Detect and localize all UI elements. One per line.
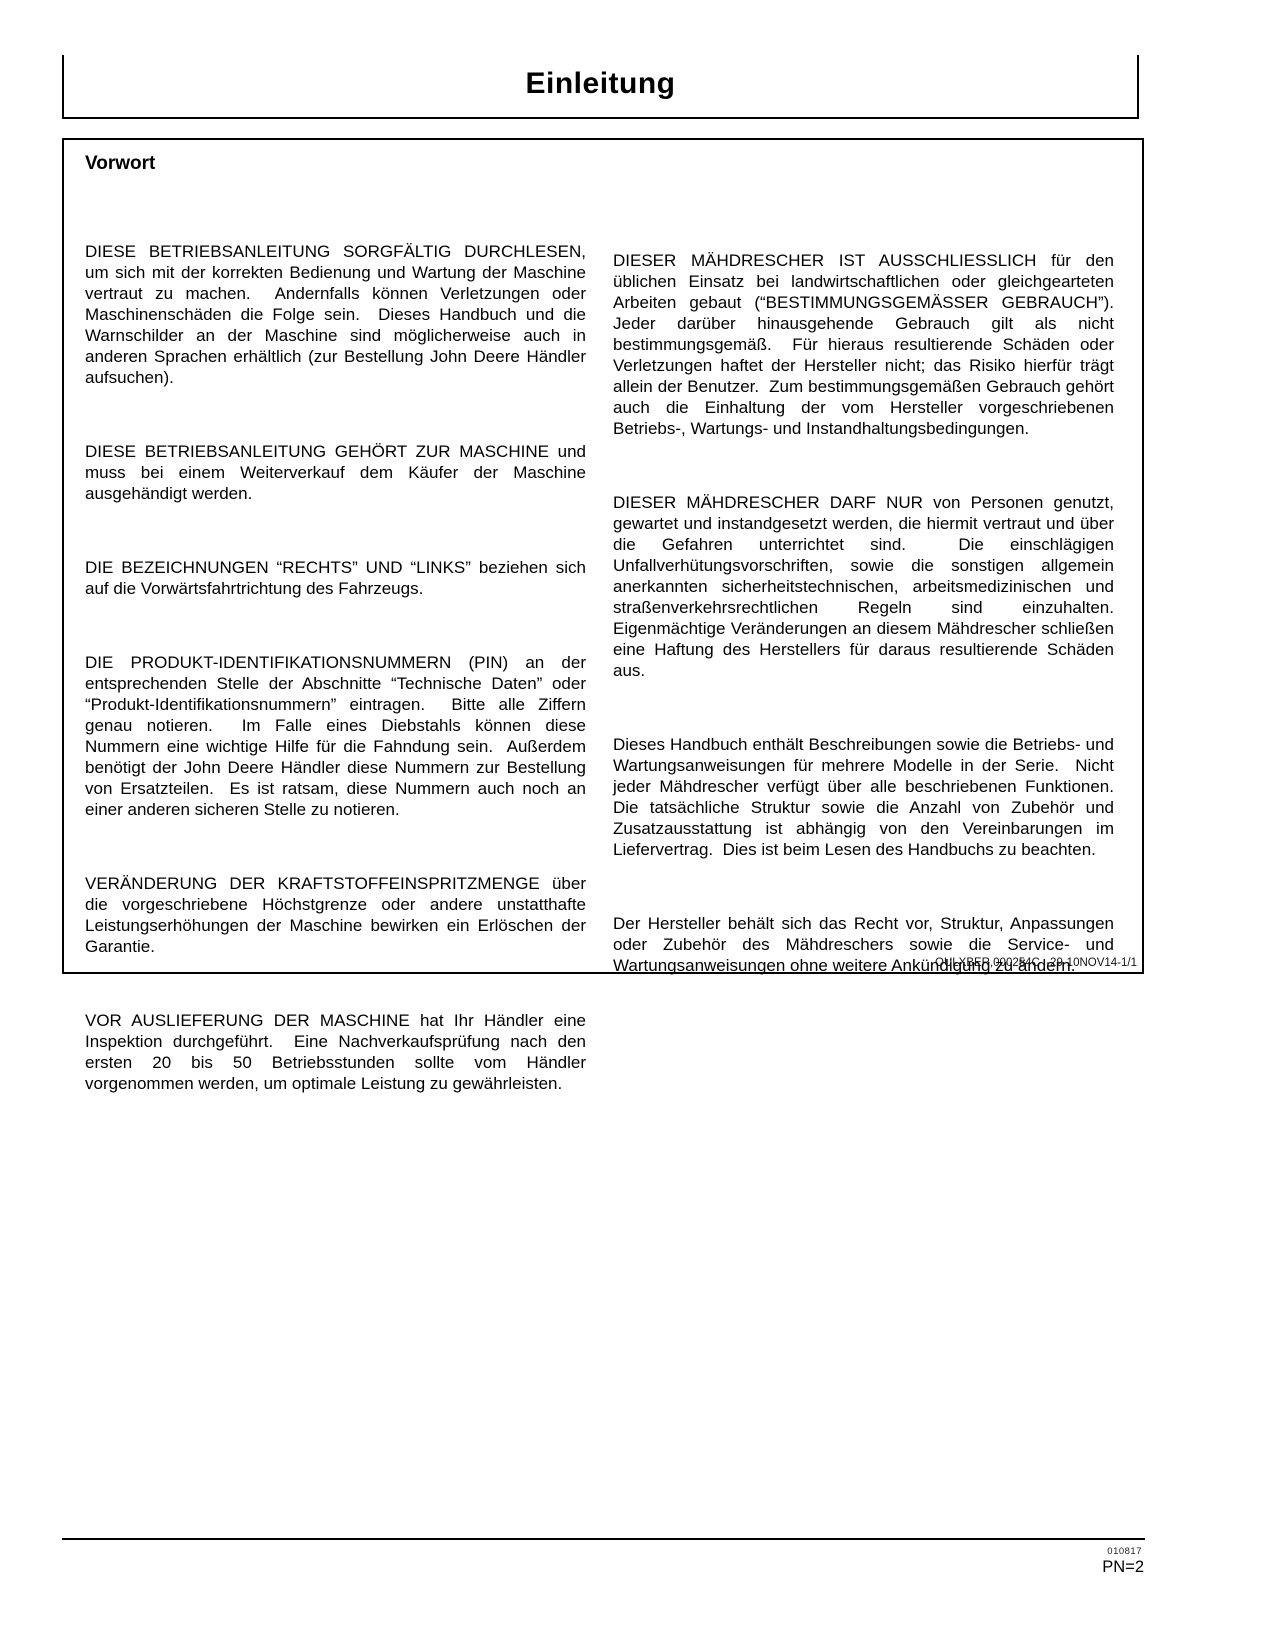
- footer-rule: [62, 1538, 1145, 1540]
- revision-code: OULXBER,000254C -29-10NOV14-1/1: [935, 957, 1137, 969]
- paragraph: DIESE BETRIEBSANLEITUNG GEHÖRT ZUR MASCH…: [85, 441, 586, 504]
- paragraph: DIE BEZEICHNUNGEN “RECHTS” UND “LINKS” b…: [85, 557, 586, 599]
- print-code: 010817: [1107, 1546, 1142, 1557]
- two-column-text: DIESE BETRIEBSANLEITUNG SORGFÄLTIG DURCH…: [85, 199, 1121, 1147]
- paragraph: DIE PRODUKT-IDENTIFIKATIONSNUMMERN (PIN)…: [85, 652, 586, 820]
- right-column: DIESER MÄHDRESCHER IST AUSSCHLIESSLICH f…: [613, 199, 1114, 1029]
- paragraph: VOR AUSLIEFERUNG DER MASCHINE hat Ihr Hä…: [85, 1010, 586, 1094]
- paragraph: DIESER MÄHDRESCHER DARF NUR von Personen…: [613, 492, 1114, 681]
- vorwort-heading: Vorwort: [85, 153, 1121, 175]
- left-column: DIESE BETRIEBSANLEITUNG SORGFÄLTIG DURCH…: [85, 199, 586, 1147]
- paragraph: Dieses Handbuch enthält Beschreibungen s…: [613, 734, 1114, 860]
- manual-page: Einleitung Vorwort DIESE BETRIEBSANLEITU…: [0, 0, 1275, 1650]
- paragraph: DIESE BETRIEBSANLEITUNG SORGFÄLTIG DURCH…: [85, 241, 586, 388]
- vorwort-section: Vorwort DIESE BETRIEBSANLEITUNG SORGFÄLT…: [62, 138, 1144, 974]
- page-number: PN=2: [1102, 1558, 1144, 1577]
- page-title: Einleitung: [64, 55, 1137, 113]
- paragraph: DIESER MÄHDRESCHER IST AUSSCHLIESSLICH f…: [613, 250, 1114, 439]
- page-header: Einleitung: [62, 55, 1139, 119]
- paragraph: VERÄNDERUNG DER KRAFTSTOFFEINSPRITZ­MENG…: [85, 873, 586, 957]
